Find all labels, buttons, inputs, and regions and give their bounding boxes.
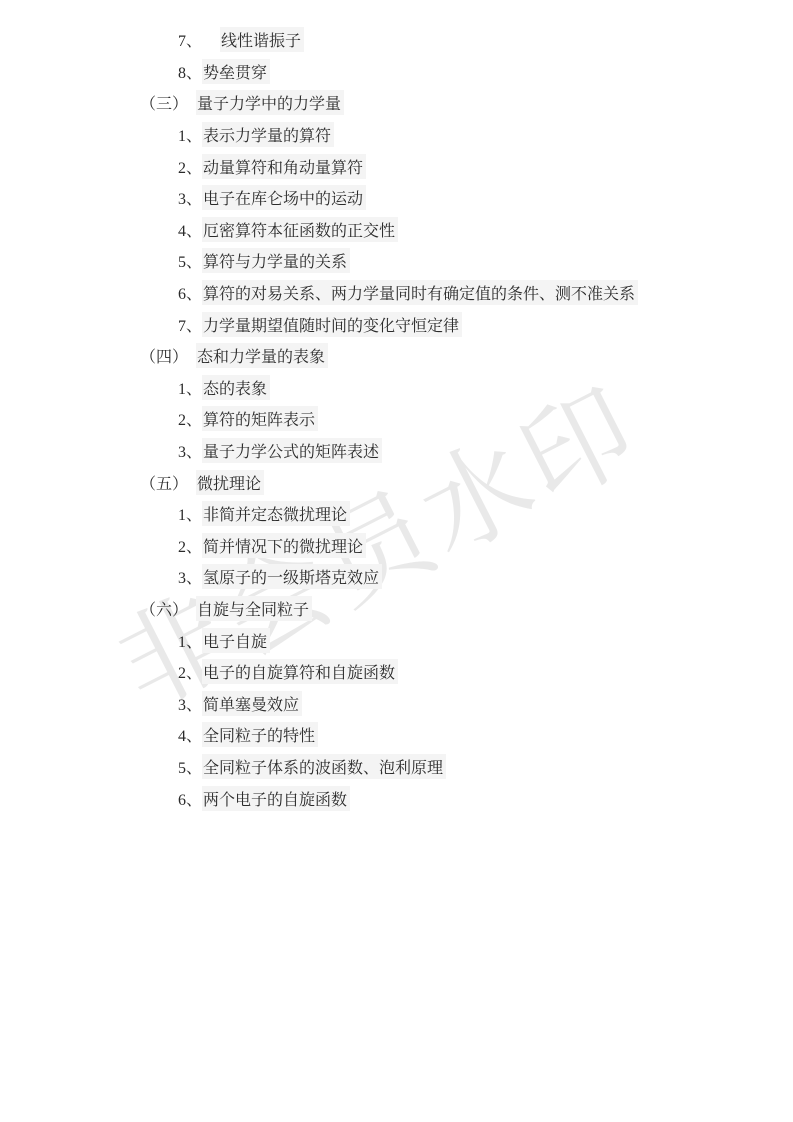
outline-section: （六）自旋与全同粒子 [0,593,793,625]
outline-item: 6、两个电子的自旋函数 [0,782,793,814]
line-label: （四） [140,344,188,367]
line-text: 电子自旋 [202,628,270,653]
line-label: 8、 [178,60,202,83]
line-text: 动量算符和角动量算符 [202,154,366,179]
outline-item: 1、非简并定态微扰理论 [0,498,793,530]
line-text: 势垒贯穿 [202,59,270,84]
line-text: 非简并定态微扰理论 [202,501,350,526]
outline-item: 4、厄密算符本征函数的正交性 [0,214,793,246]
outline-item: 2、动量算符和角动量算符 [0,150,793,182]
outline-section: （三）量子力学中的力学量 [0,87,793,119]
line-label: （三） [140,91,188,114]
line-text: 电子的自旋算符和自旋函数 [202,659,398,684]
outline-item: 2、简并情况下的微扰理论 [0,530,793,562]
line-label: 3、 [178,439,202,462]
line-label: 3、 [178,186,202,209]
line-label: （六） [140,597,188,620]
line-label: 1、 [178,376,202,399]
outline-section: （四）态和力学量的表象 [0,340,793,372]
outline-item: 2、算符的矩阵表示 [0,403,793,435]
line-label: 2、 [178,407,202,430]
line-label: 2、 [178,155,202,178]
line-label: 2、 [178,534,202,557]
line-text: 表示力学量的算符 [202,122,334,147]
line-label: 6、 [178,281,202,304]
line-text: 量子力学公式的矩阵表述 [202,438,382,463]
line-text: 算符与力学量的关系 [202,248,350,273]
line-text: 电子在库仑场中的运动 [202,185,366,210]
line-label: 7、 [178,313,202,336]
outline-item: 6、算符的对易关系、两力学量同时有确定值的条件、测不准关系 [0,277,793,309]
outline-item: 1、表示力学量的算符 [0,119,793,151]
outline-item: 7、线性谐振子 [0,24,793,56]
line-text: 算符的对易关系、两力学量同时有确定值的条件、测不准关系 [202,280,638,305]
line-label: 1、 [178,629,202,652]
line-text: 线性谐振子 [220,27,304,52]
outline-item: 1、电子自旋 [0,624,793,656]
outline-item: 3、量子力学公式的矩阵表述 [0,435,793,467]
outline-item: 3、电子在库仑场中的运动 [0,182,793,214]
outline-item: 3、简单塞曼效应 [0,687,793,719]
outline-section: （五）微扰理论 [0,466,793,498]
line-label: 2、 [178,660,202,683]
document-page: 非会员水印 7、线性谐振子8、势垒贯穿（三）量子力学中的力学量1、表示力学量的算… [0,0,793,1122]
line-text: 氢原子的一级斯塔克效应 [202,564,382,589]
line-text: 全同粒子的特性 [202,722,318,747]
line-text: 算符的矩阵表示 [202,406,318,431]
line-text: 简单塞曼效应 [202,691,302,716]
outline-item: 8、势垒贯穿 [0,56,793,88]
line-text: 态的表象 [202,375,270,400]
outline-item: 1、态的表象 [0,372,793,404]
line-text: 全同粒子体系的波函数、泡利原理 [202,754,446,779]
line-text: 两个电子的自旋函数 [202,786,350,811]
line-label: 3、 [178,692,202,715]
line-label: 5、 [178,755,202,778]
line-text: 自旋与全同粒子 [196,596,312,621]
line-label: 7、 [178,28,202,51]
line-label: 3、 [178,565,202,588]
document-outline: 7、线性谐振子8、势垒贯穿（三）量子力学中的力学量1、表示力学量的算符2、动量算… [0,24,793,814]
line-label: 4、 [178,723,202,746]
outline-item: 2、电子的自旋算符和自旋函数 [0,656,793,688]
outline-item: 5、全同粒子体系的波函数、泡利原理 [0,751,793,783]
outline-item: 3、氢原子的一级斯塔克效应 [0,561,793,593]
line-label: 6、 [178,787,202,810]
line-label: 5、 [178,249,202,272]
line-text: 量子力学中的力学量 [196,90,344,115]
line-label: 1、 [178,123,202,146]
outline-item: 5、算符与力学量的关系 [0,245,793,277]
line-label: 1、 [178,502,202,525]
outline-item: 7、力学量期望值随时间的变化守恒定律 [0,308,793,340]
line-label: （五） [140,471,188,494]
line-text: 微扰理论 [196,470,264,495]
line-text: 力学量期望值随时间的变化守恒定律 [202,312,462,337]
line-text: 简并情况下的微扰理论 [202,533,366,558]
line-text: 态和力学量的表象 [196,343,328,368]
outline-item: 4、全同粒子的特性 [0,719,793,751]
line-label: 4、 [178,218,202,241]
line-text: 厄密算符本征函数的正交性 [202,217,398,242]
